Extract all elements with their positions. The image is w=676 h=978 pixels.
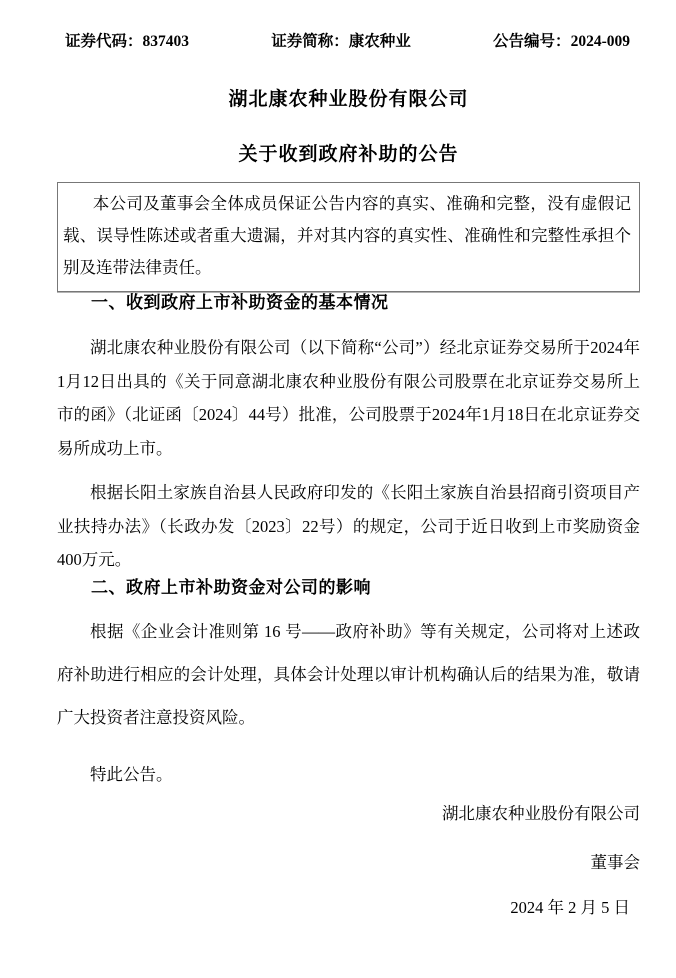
stock-code: 证券代码：837403 — [65, 33, 189, 51]
section-1-paragraph-2: 根据长阳土家族自治县人民政府印发的《长阳土家族自治县招商引资项目产业扶持办法》（… — [57, 476, 640, 577]
signature-board: 董事会 — [57, 846, 640, 880]
closing-statement: 特此公告。 — [57, 758, 640, 792]
disclaimer-box: 本公司及董事会全体成员保证公告内容的真实、准确和完整，没有虚假记载、误导性陈述或… — [57, 182, 640, 292]
section-2-paragraph-1: 根据《企业会计准则第 16 号——政府补助》等有关规定，公司将对上述政府补助进行… — [57, 610, 640, 739]
stock-name-label: 证券简称： — [271, 33, 349, 50]
company-name-title: 湖北康农种业股份有限公司 — [57, 88, 640, 112]
signature-company: 湖北康农种业股份有限公司 — [57, 797, 640, 831]
section-1-paragraph-1: 湖北康农种业股份有限公司（以下简称“公司”）经北京证券交易所于2024年1月12… — [57, 331, 640, 465]
stock-code-value: 837403 — [143, 33, 190, 50]
announcement-subject-title: 关于收到政府补助的公告 — [57, 143, 640, 167]
announcement-number-value: 2024-009 — [571, 33, 630, 50]
stock-code-label: 证券代码： — [65, 33, 143, 50]
announcement-number-label: 公告编号： — [493, 33, 571, 50]
signature-block: 湖北康农种业股份有限公司 董事会 2024 年 2 月 5 日 — [57, 797, 640, 925]
announcement-number: 公告编号：2024-009 — [493, 33, 630, 51]
announcement-page: 证券代码：837403 证券简称：康农种业 公告编号：2024-009 湖北康农… — [0, 0, 676, 978]
section-1-heading: 一、收到政府上市补助资金的基本情况 — [57, 292, 640, 314]
stock-name-value: 康农种业 — [349, 33, 411, 50]
section-2-heading: 二、政府上市补助资金对公司的影响 — [57, 577, 640, 599]
disclaimer-text: 本公司及董事会全体成员保证公告内容的真实、准确和完整，没有虚假记载、误导性陈述或… — [63, 188, 631, 284]
signature-date: 2024 年 2 月 5 日 — [57, 891, 640, 925]
stock-name: 证券简称：康农种业 — [271, 33, 411, 51]
document-header: 证券代码：837403 证券简称：康农种业 公告编号：2024-009 — [57, 33, 640, 51]
